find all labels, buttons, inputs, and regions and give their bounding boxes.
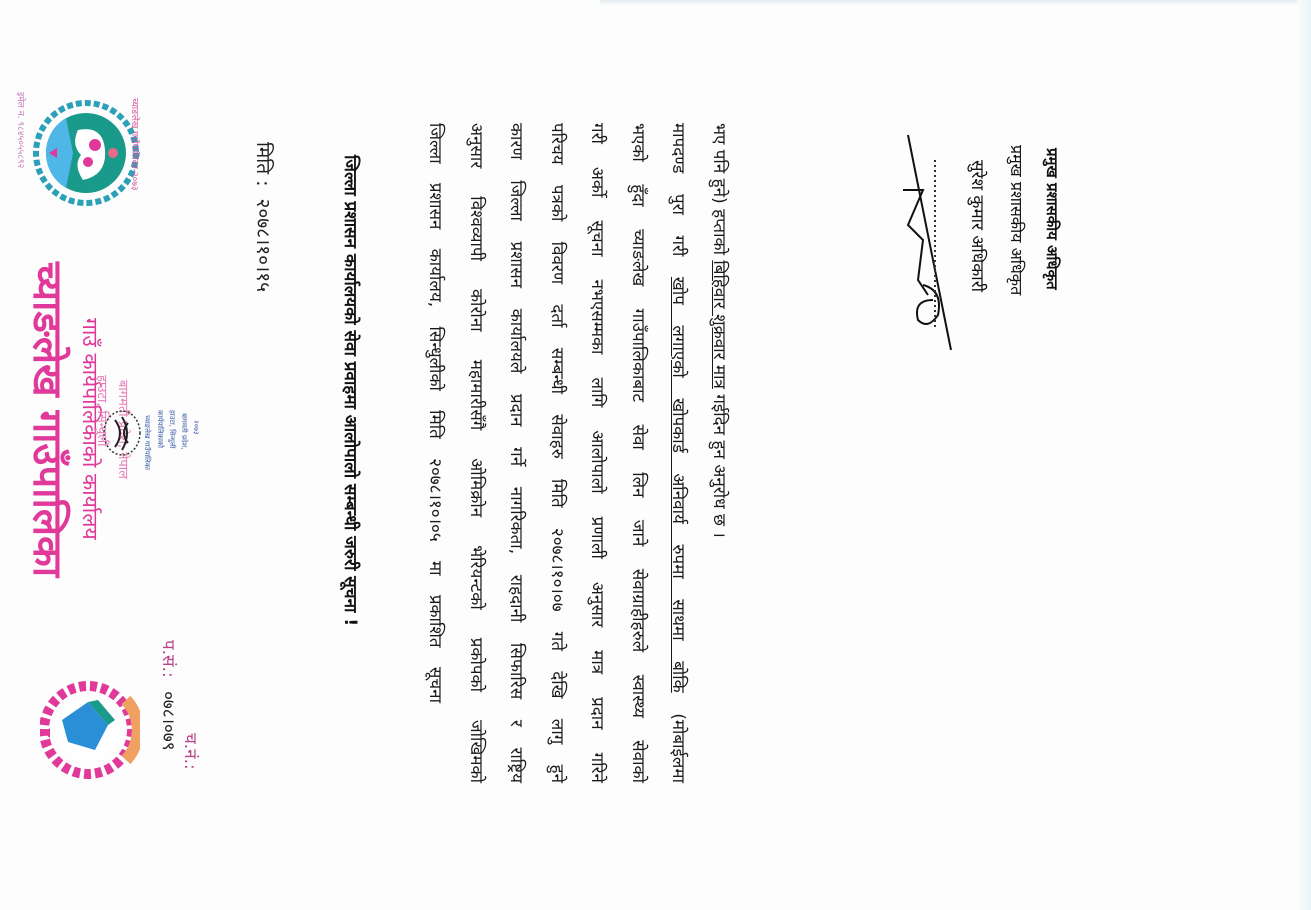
body-line: जिल्ला प्रशासन कार्यालय, सिन्धुलीको मिति… — [425, 123, 448, 703]
header-email: इमेल न. ९८४५०५५८९२ — [15, 92, 28, 168]
body-text: जिल्ला प्रशासन कार्यालय, सिन्धुलीको मिति… — [425, 123, 445, 703]
notice-subject: जिल्ला प्रशासन कार्यालयको सेवा प्रवाहमा … — [340, 155, 363, 626]
nepal-emblem-logo — [40, 680, 140, 780]
underlined-text: खोप लगाएको खोपकार्ड अनिवार्य रुपमा साथमा… — [668, 277, 688, 693]
body-text: भएको हुँदा च्याङलेख गाउँपालिकाबाट सेवा ल… — [628, 123, 648, 783]
svg-text:च्याङलेख गाउँपालिका: च्याङलेख गाउँपालिका — [143, 415, 152, 470]
ref-number-value: ०७८।०७९ — [158, 691, 178, 750]
body-line: कारण जिल्ला प्रशासन कार्यालयले प्रदान गर… — [506, 123, 529, 783]
office-seal-stamp: च्याङलेख गाउँपालिका कार्यपालिकाको हाउटा,… — [100, 395, 210, 470]
body-text: मापदण्ड पुरा गरी — [668, 123, 688, 277]
underlined-text: बिहिवार शुक्रवार मात्र — [709, 260, 729, 389]
body-text: गरी अर्को सूचना नभएसम्मका लागि आलोपालो प… — [587, 123, 607, 783]
svg-text:कार्यपालिकाको: कार्यपालिकाको — [156, 410, 165, 448]
signatory-title: प्रमुख प्रशासकीय अधिकृत — [1006, 145, 1028, 295]
body-text: अनुसार विश्वव्यापी कोरोना महामारीसँगै ओम… — [466, 123, 486, 783]
svg-text:२०७३: २०७३ — [192, 420, 200, 435]
date-label: मिति : — [252, 142, 274, 186]
body-line: गरी अर्को सूचना नभएसम्मका लागि आलोपालो प… — [587, 123, 610, 783]
ref-number: प.सं.: ०७८।०७९ — [158, 640, 181, 751]
body-line: परिचय पत्रको विवरण दर्ता सम्बन्धी सेवाहर… — [547, 123, 570, 783]
signatory-stamp: प्रमुख प्रशासकीय अधिकृत — [1042, 148, 1062, 290]
ref-number-label: प.सं.: — [158, 640, 178, 678]
signature — [893, 130, 953, 360]
date-line: मिति : २०७८।१०।१५ — [251, 142, 277, 292]
body-line: मापदण्ड पुरा गरी खोप लगाएको खोपकार्ड अनि… — [668, 123, 691, 783]
municipality-logo-caption: च्याङलेख गाउँपालिका-२०७३ — [129, 98, 142, 191]
dispatch-number-label: च.नं.: — [180, 733, 203, 770]
municipality-name: च्याङलेख गाउँपालिका — [22, 262, 77, 577]
svg-text:हाउटा, सिन्धुली: हाउटा, सिन्धुली — [168, 410, 177, 449]
svg-text:बागमती प्रदेश,: बागमती प्रदेश, — [180, 413, 189, 450]
body-text: (मोबाईलमा — [668, 693, 688, 783]
body-line: भएको हुँदा च्याङलेख गाउँपालिकाबाट सेवा ल… — [628, 123, 651, 783]
body-text: कारण जिल्ला प्रशासन कार्यालयले प्रदान गर… — [506, 123, 526, 783]
municipality-logo — [33, 100, 139, 206]
body-line: अनुसार विश्वव्यापी कोरोना महामारीसँगै ओम… — [466, 123, 489, 783]
date-value: २०७८।१०।१५ — [252, 199, 274, 292]
body-text: भए पनि हुने) हप्ताको — [709, 123, 729, 260]
body-text: गईदिन हुन अनुरोध छ । — [709, 389, 729, 538]
signatory-name: सुरेश कुमार अधिकारी — [967, 160, 990, 292]
body-text: परिचय पत्रको विवरण दर्ता सम्बन्धी सेवाहर… — [547, 123, 567, 783]
body-line: भए पनि हुने) हप्ताको बिहिवार शुक्रवार मा… — [709, 123, 732, 538]
